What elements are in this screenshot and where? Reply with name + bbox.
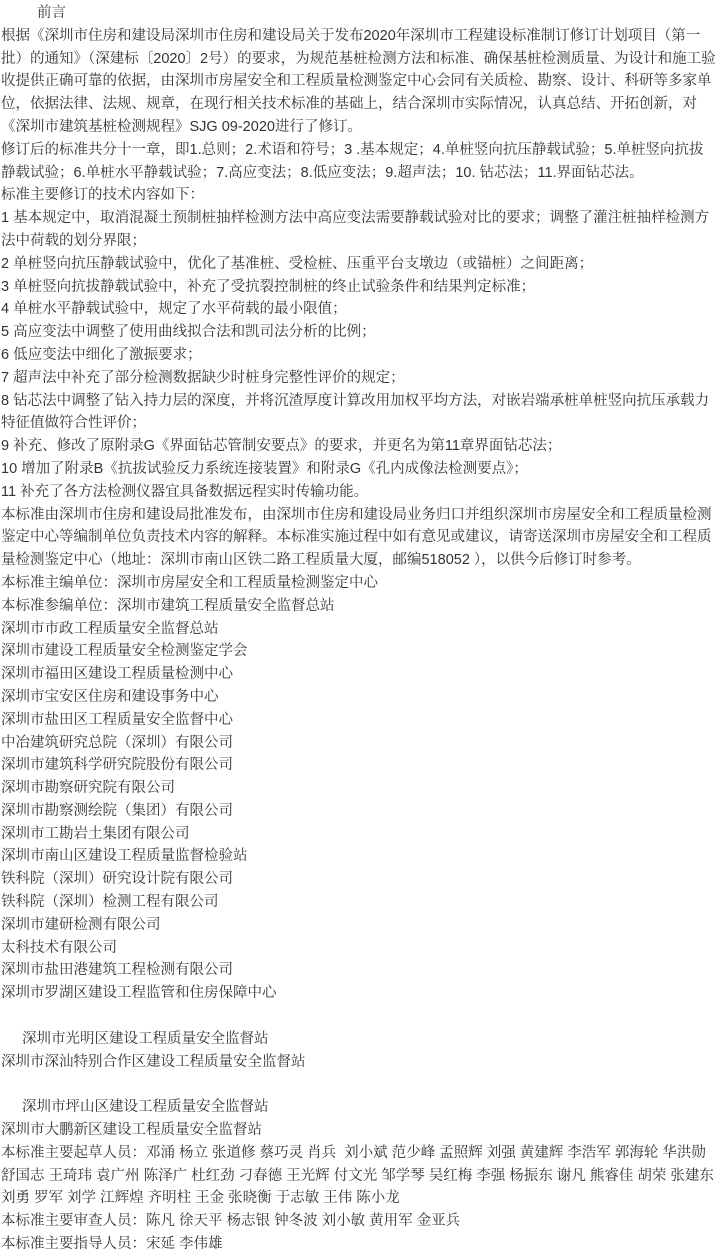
paragraph: 铁科院（深圳）研究设计院有限公司 <box>1 868 717 891</box>
paragraph: 太科技术有限公司 <box>1 937 717 960</box>
paragraph: 深圳市深汕特别合作区建设工程质量安全监督站 <box>1 1051 717 1074</box>
paragraph: 6 低应变法中细化了激振要求； <box>1 344 717 367</box>
paragraph: 本标准由深圳市住房和建设局批准发布，由深圳市住房和建设局业务归口并组织深圳市房屋… <box>1 504 717 572</box>
paragraph: 深圳市南山区建设工程质量监督检验站 <box>1 845 717 868</box>
paragraph: 1 基本规定中，取消混凝土预制桩抽样检测方法中高应变法需要静载试验对比的要求；调… <box>1 207 717 253</box>
paragraph: 深圳市建研检测有限公司 <box>1 914 717 937</box>
paragraph <box>1 1073 717 1096</box>
paragraph: 深圳市盐田港建筑工程检测有限公司 <box>1 959 717 982</box>
paragraph: 深圳市坪山区建设工程质量安全监督站 <box>1 1096 717 1119</box>
paragraph: 深圳市宝安区住房和建设事务中心 <box>1 686 717 709</box>
paragraph: 修订后的标准共分十一章，即1.总则；2.术语和符号；3 .基本规定；4.单桩竖向… <box>1 139 717 185</box>
paragraph: 深圳市光明区建设工程质量安全监督站 <box>1 1028 717 1051</box>
paragraph: 10 增加了附录B《抗拔试验反力系统连接装置》和附录G《孔内成像法检测要点》； <box>1 458 717 481</box>
document-body: 根据《深圳市住房和建设局深圳市住房和建设局关于发布2020年深圳市工程建设标准制… <box>1 25 717 1256</box>
paragraph: 11 补充了各方法检测仪器宜具备数据远程实时传输功能。 <box>1 481 717 504</box>
paragraph: 本标准主要起草人员：邓涌 杨立 张道修 蔡巧灵 肖兵 刘小斌 范少峰 孟照辉 刘… <box>1 1142 717 1210</box>
paragraph: 3 单桩竖向抗拔静载试验中，补充了受抗裂控制桩的终止试验条件和结果判定标准； <box>1 276 717 299</box>
paragraph: 深圳市工勘岩土集团有限公司 <box>1 823 717 846</box>
paragraph: 深圳市盐田区工程质量安全监督中心 <box>1 709 717 732</box>
paragraph: 本标准主要审查人员：陈凡 徐天平 杨志银 钟冬波 刘小敏 黄用军 金亚兵 <box>1 1210 717 1233</box>
paragraph <box>1 1005 717 1028</box>
paragraph: 深圳市建设工程质量安全检测鉴定学会 <box>1 640 717 663</box>
paragraph: 标准主要修订的技术内容如下： <box>1 184 717 207</box>
paragraph: 根据《深圳市住房和建设局深圳市住房和建设局关于发布2020年深圳市工程建设标准制… <box>1 25 717 139</box>
paragraph: 深圳市福田区建设工程质量检测中心 <box>1 663 717 686</box>
paragraph: 9 补充、修改了原附录G《界面钻芯管制安要点》的要求，并更名为第11章界面钻芯法… <box>1 435 717 458</box>
paragraph: 本标准参编单位：深圳市建筑工程质量安全监督总站 <box>1 595 717 618</box>
paragraph: 本标准主编单位：深圳市房屋安全和工程质量检测鉴定中心 <box>1 572 717 595</box>
paragraph: 深圳市市政工程质量安全监督总站 <box>1 618 717 641</box>
paragraph: 5 高应变法中调整了使用曲线拟合法和凯司法分析的比例； <box>1 321 717 344</box>
paragraph: 深圳市大鹏新区建设工程质量安全监督站 <box>1 1119 717 1142</box>
paragraph: 中冶建筑研究总院（深圳）有限公司 <box>1 732 717 755</box>
page-title: 前言 <box>1 2 717 25</box>
paragraph: 铁科院（深圳）检测工程有限公司 <box>1 891 717 914</box>
paragraph: 7 超声法中补充了部分检测数据缺少时桩身完整性评价的规定； <box>1 367 717 390</box>
paragraph: 深圳市罗湖区建设工程监管和住房保障中心 <box>1 982 717 1005</box>
paragraph: 4 单桩水平静载试验中，规定了水平荷载的最小限值； <box>1 298 717 321</box>
paragraph: 8 钻芯法中调整了钻入持力层的深度，并将沉渣厚度计算改用加权平均方法，对嵌岩端承… <box>1 390 717 436</box>
paragraph: 深圳市建筑科学研究院股份有限公司 <box>1 754 717 777</box>
paragraph: 深圳市勘察研究院有限公司 <box>1 777 717 800</box>
document-page: 前言 根据《深圳市住房和建设局深圳市住房和建设局关于发布2020年深圳市工程建设… <box>0 0 718 1258</box>
paragraph: 2 单桩竖向抗压静载试验中，优化了基准桩、受检桩、压重平台支墩边（或锚桩）之间距… <box>1 253 717 276</box>
paragraph: 深圳市勘察测绘院（集团）有限公司 <box>1 800 717 823</box>
paragraph: 本标准主要指导人员：宋延 李伟雄 <box>1 1233 717 1256</box>
